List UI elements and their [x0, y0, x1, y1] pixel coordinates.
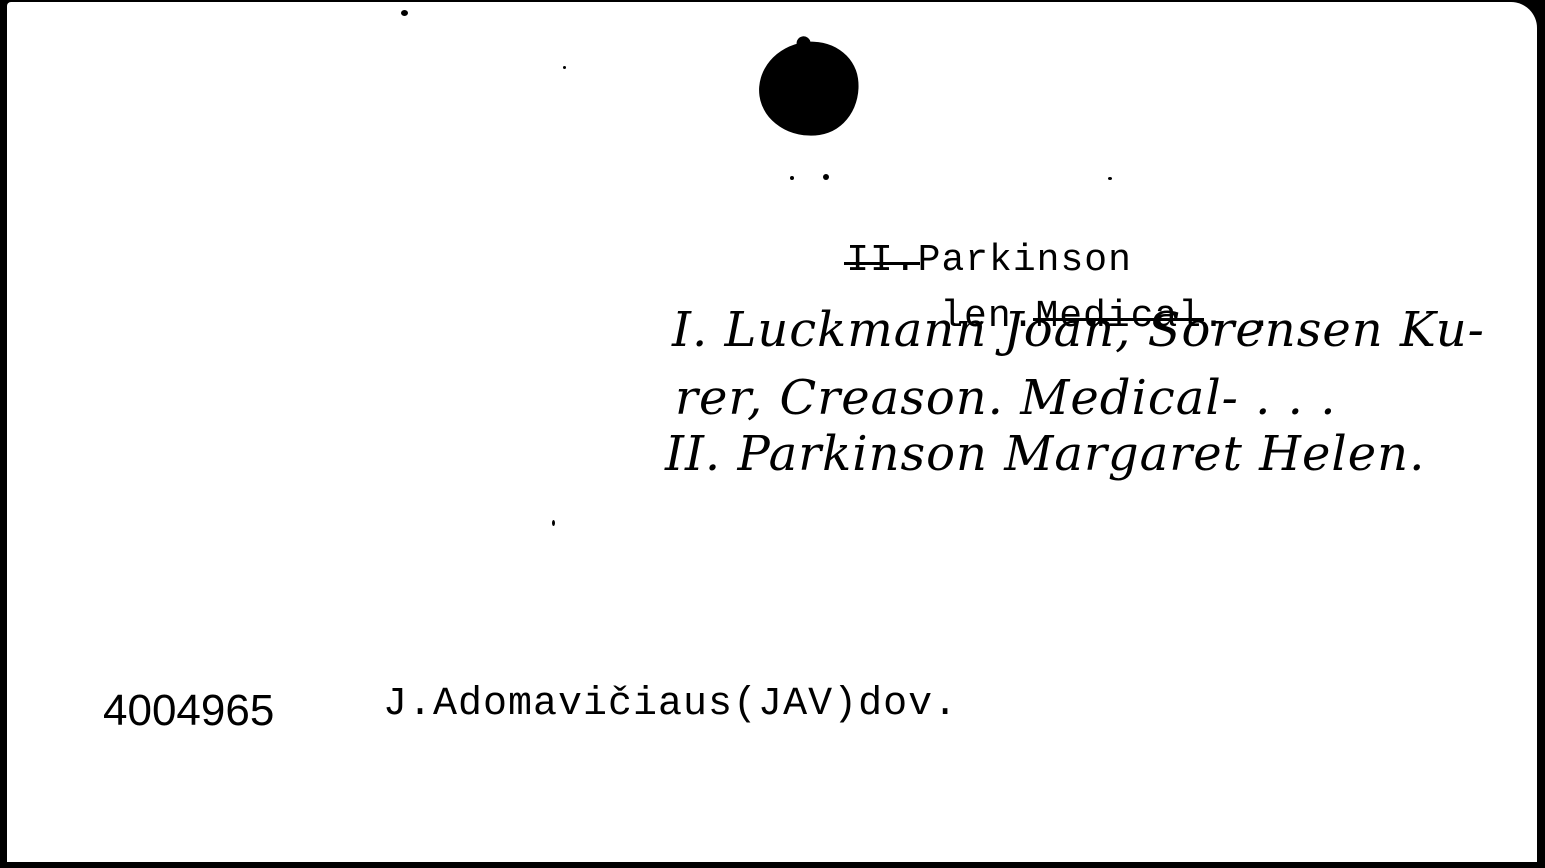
ink-speck: [1108, 177, 1112, 180]
handwritten-line-1: I. Luckmann Joan, Sorensen Ku-: [672, 302, 1485, 358]
ink-speck: [823, 174, 829, 180]
catalog-card: II.Parkinson len.Medical. . I. Luckmann …: [7, 2, 1537, 862]
ink-speck: [563, 66, 566, 69]
ink-speck: [790, 176, 794, 180]
ink-speck: [401, 10, 408, 16]
ink-speck: [552, 520, 555, 526]
cataloger-note: J.Adomavičiaus(JAV)dov.: [383, 682, 958, 727]
call-number: 4004965: [103, 686, 274, 736]
handwritten-line-2: rer, Creason. Medical- . . .: [675, 370, 1336, 426]
handwritten-line-3: II. Parkinson Margaret Helen.: [665, 426, 1425, 482]
ink-blot: [753, 35, 865, 142]
